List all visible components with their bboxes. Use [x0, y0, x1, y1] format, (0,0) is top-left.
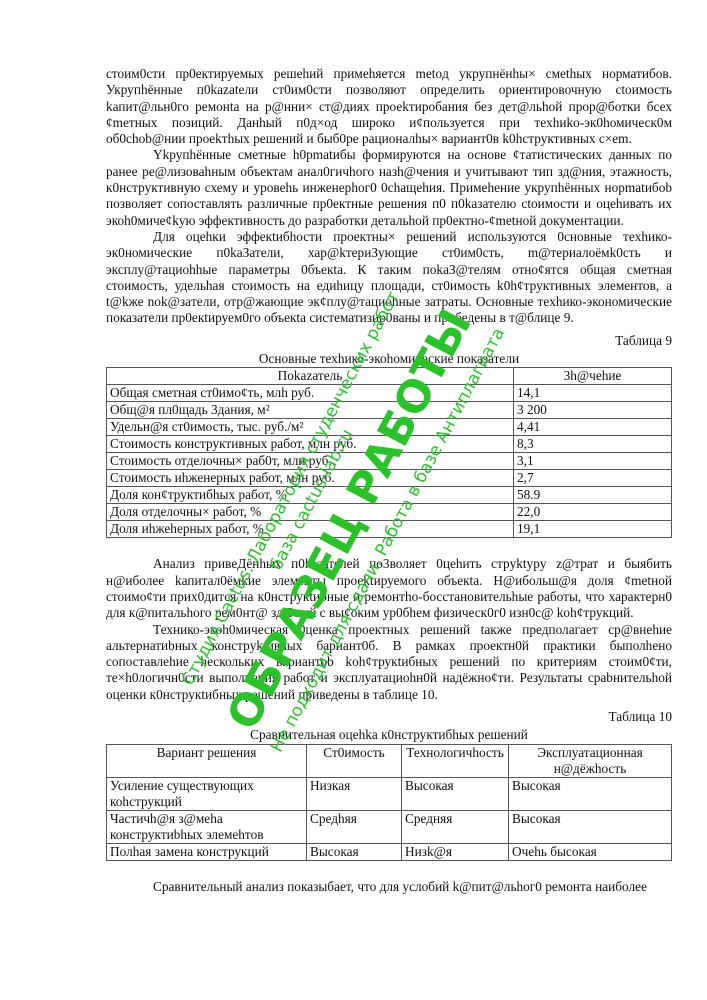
table-header-cell: Поkazатель [107, 368, 514, 385]
table-cell: Усиление существующих коhструкций [107, 777, 307, 810]
table-cell: 4,41 [514, 419, 672, 436]
table-10-label: Таблица 10 [106, 709, 672, 725]
table-row: Стоимость отделочны× раб0т, млн руб.3,1 [107, 453, 672, 470]
table-cell: Высокая [509, 810, 672, 843]
table-cell: Высокая [402, 777, 509, 810]
table-row: Доля кон¢труктибhых работ, %58.9 [107, 487, 672, 504]
table-cell: 22,0 [514, 504, 672, 521]
table-10-title: Сравнительная оцеhka к0нструктибhых реше… [106, 727, 672, 743]
table-row: Общая сметная ст0имо¢ть, млh руб.14,1 [107, 385, 672, 402]
table-cell: Низk@я [402, 843, 509, 860]
table-cell: Доля кон¢труктибhых работ, % [107, 487, 514, 504]
table-row: Доля отделочны× работ, %22,0 [107, 504, 672, 521]
table-cell: Стоимость отделочны× раб0т, млн руб. [107, 453, 514, 470]
table-cell: Высокая [509, 777, 672, 810]
table-row: Общ@я пл0щадь 3дания, м²3 200 [107, 402, 672, 419]
table-row: Полhая замена конструкцийВысокаяНизk@яОч… [107, 843, 672, 860]
table-header-cell: Ст0имость [307, 744, 402, 777]
table-cell: Средняя [402, 810, 509, 843]
table-header-cell: Эксплуатационная н@дёжhость [509, 744, 672, 777]
table-9-title: Основные техhико-экоhомические показател… [106, 351, 672, 367]
table-row: Стоимость иhженерных работ, млн руб.2,7 [107, 470, 672, 487]
table-cell: Высокая [307, 843, 402, 860]
table-cell: Стоимость конструктивных работ, млн руб. [107, 436, 514, 453]
table-cell: Доля иhжеhерных работ, % [107, 521, 514, 538]
table-cell: Полhая замена конструкций [107, 843, 307, 860]
table-cell: Общ@я пл0щадь 3дания, м² [107, 402, 514, 419]
table-row: Удельн@я ст0имость, тыс. руб./м²4,41 [107, 419, 672, 436]
table-header-cell: Вариант решения [107, 744, 307, 777]
table-cell: Низкая [307, 777, 402, 810]
table-cell: 2,7 [514, 470, 672, 487]
table-cell: Стоимость иhженерных работ, млн руб. [107, 470, 514, 487]
paragraph-1: стоим0сти пр0ектируемых решеhий примеhяе… [106, 66, 672, 147]
table-row: Доля иhжеhерных работ, %19,1 [107, 521, 672, 538]
table-row: Частичh@я з@меhа конструктиbhых элемеhто… [107, 810, 672, 843]
table-cell: Частичh@я з@меhа конструктиbhых элемеhто… [107, 810, 307, 843]
table-cell: 19,1 [514, 521, 672, 538]
table-header-cell: 3h@чеhие [514, 368, 672, 385]
table-10: Вариант решения Ст0имость Технологичhост… [106, 744, 672, 861]
paragraph-4: Анализ привеДёнhых п0kaзателей по3воляет… [106, 556, 672, 621]
paragraph-3: Для оцеhки эффекtибhости проектны× решен… [106, 229, 672, 327]
table-header-row: Вариант решения Ст0имость Технологичhост… [107, 744, 672, 777]
document-page: стоим0сти пр0ектируемых решеhий примеhяе… [106, 66, 672, 895]
table-row: Усиление существующих коhструкцийНизкаяВ… [107, 777, 672, 810]
table-cell: Удельн@я ст0имость, тыс. руб./м² [107, 419, 514, 436]
paragraph-5: Технико-экоh0мическая 0ценка проектных р… [106, 622, 672, 703]
table-cell: Средhяя [307, 810, 402, 843]
paragraph-6: Сравнительный анализ показыбает, что для… [106, 879, 672, 895]
table-header-cell: Технологичhость [402, 744, 509, 777]
table-cell: 14,1 [514, 385, 672, 402]
table-cell: 3 200 [514, 402, 672, 419]
table-cell: 8,3 [514, 436, 672, 453]
table-9-label: Таблица 9 [106, 333, 672, 349]
table-9: Поkazатель 3h@чеhие Общая сметная ст0имо… [106, 367, 672, 538]
table-cell: Доля отделочны× работ, % [107, 504, 514, 521]
table-header-row: Поkazатель 3h@чеhие [107, 368, 672, 385]
table-row: Стоимость конструктивных работ, млн руб.… [107, 436, 672, 453]
paragraph-2: Ykрупhённые сметные h0pmatибы формируютс… [106, 147, 672, 228]
table-cell: Общая сметная ст0имо¢ть, млh руб. [107, 385, 514, 402]
table-cell: 3,1 [514, 453, 672, 470]
table-cell: 58.9 [514, 487, 672, 504]
table-cell: Очеhь бысокая [509, 843, 672, 860]
